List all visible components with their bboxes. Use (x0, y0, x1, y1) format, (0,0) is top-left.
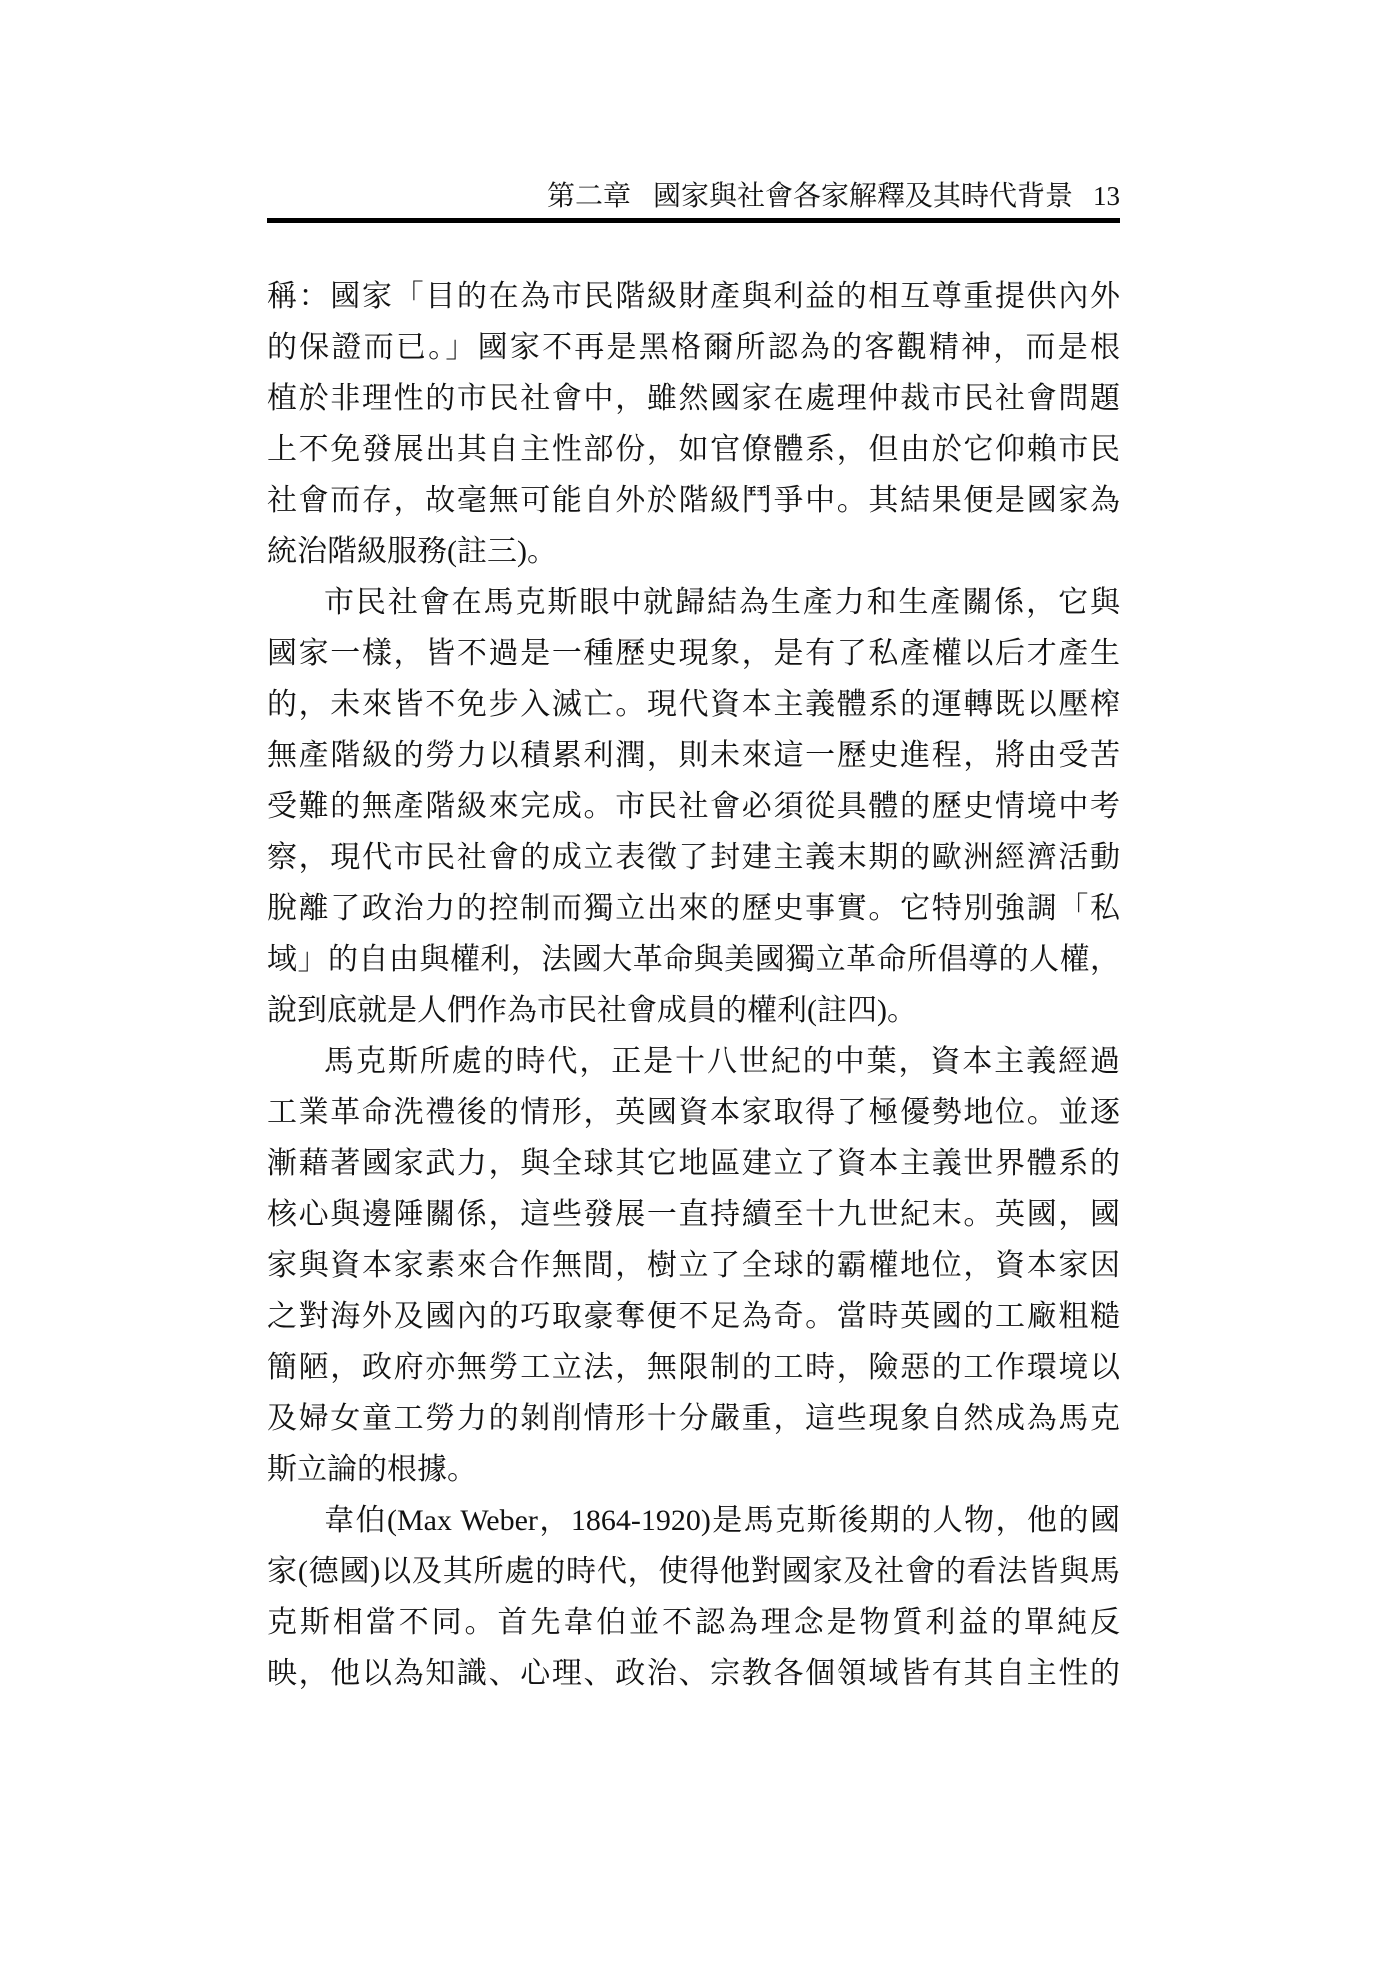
text-line: 家與資本家素來合作無間，樹立了全球的霸權地位，資本家因 (267, 1240, 1120, 1291)
chapter-title: 國家與社會各家解釋及其時代背景 (653, 179, 1073, 215)
text-line: 受難的無產階級來完成。市民社會必須從具體的歷史情境中考 (267, 781, 1120, 832)
text-line: 工業革命洗禮後的情形，英國資本家取得了極優勢地位。並逐 (267, 1087, 1120, 1138)
text-line: 稱：國家「目的在為市民階級財產與利益的相互尊重提供內外 (267, 271, 1120, 322)
text-line: 馬克斯所處的時代，正是十八世紀的中葉，資本主義經過 (267, 1036, 1120, 1087)
text-line: 家(德國)以及其所處的時代，使得他對國家及社會的看法皆與馬 (267, 1546, 1120, 1597)
chapter-label: 第二章 (547, 179, 631, 215)
text-line: 統治階級服務(註三)。 (267, 526, 1120, 577)
text-line: 國家一樣，皆不過是一種歷史現象，是有了私產權以后才產生 (267, 628, 1120, 679)
text-line: 漸藉著國家武力，與全球其它地區建立了資本主義世界體系的 (267, 1138, 1120, 1189)
text-line: 之對海外及國內的巧取豪奪便不足為奇。當時英國的工廠粗糙 (267, 1291, 1120, 1342)
body-text: 稱：國家「目的在為市民階級財產與利益的相互尊重提供內外的保證而已。」國家不再是黑… (267, 271, 1120, 1699)
text-line: 簡陋，政府亦無勞工立法，無限制的工時，險惡的工作環境以 (267, 1342, 1120, 1393)
text-line: 無產階級的勞力以積累利潤，則未來這一歷史進程，將由受苦 (267, 730, 1120, 781)
text-line: 核心與邊陲關係，這些發展一直持續至十九世紀末。英國，國 (267, 1189, 1120, 1240)
text-line: 的，未來皆不免步入滅亡。現代資本主義體系的運轉既以壓榨 (267, 679, 1120, 730)
text-line: 映，他以為知識、心理、政治、宗教各個領域皆有其自主性的 (267, 1648, 1120, 1699)
text-line: 及婦女童工勞力的剝削情形十分嚴重，這些現象自然成為馬克 (267, 1393, 1120, 1444)
text-line: 察，現代市民社會的成立表徵了封建主義末期的歐洲經濟活動 (267, 832, 1120, 883)
text-line: 上不免發展出其自主性部份，如官僚體系，但由於它仰賴市民 (267, 424, 1120, 475)
page-header: 第二章 國家與社會各家解釋及其時代背景 13 (267, 178, 1120, 215)
text-line: 克斯相當不同。首先韋伯並不認為理念是物質利益的單純反 (267, 1597, 1120, 1648)
text-line: 斯立論的根據。 (267, 1444, 1120, 1495)
text-line: 植於非理性的市民社會中，雖然國家在處理仲裁市民社會問題 (267, 373, 1120, 424)
text-line: 的保證而已。」國家不再是黑格爾所認為的客觀精神，而是根 (267, 322, 1120, 373)
text-line: 說到底就是人們作為市民社會成員的權利(註四)。 (267, 985, 1120, 1036)
header-rule (267, 218, 1120, 223)
text-line: 市民社會在馬克斯眼中就歸結為生產力和生產關係，它與 (267, 577, 1120, 628)
book-page: 第二章 國家與社會各家解釋及其時代背景 13 稱：國家「目的在為市民階級財產與利… (0, 0, 1386, 1969)
text-line: 社會而存，故毫無可能自外於階級鬥爭中。其結果便是國家為 (267, 475, 1120, 526)
text-line: 域」的自由與權利，法國大革命與美國獨立革命所倡導的人權， (267, 934, 1120, 985)
page-number: 13 (1093, 178, 1120, 214)
text-line: 脫離了政治力的控制而獨立出來的歷史事實。它特別強調「私 (267, 883, 1120, 934)
text-line: 韋伯(Max Weber，1864-1920)是馬克斯後期的人物，他的國 (267, 1495, 1120, 1546)
